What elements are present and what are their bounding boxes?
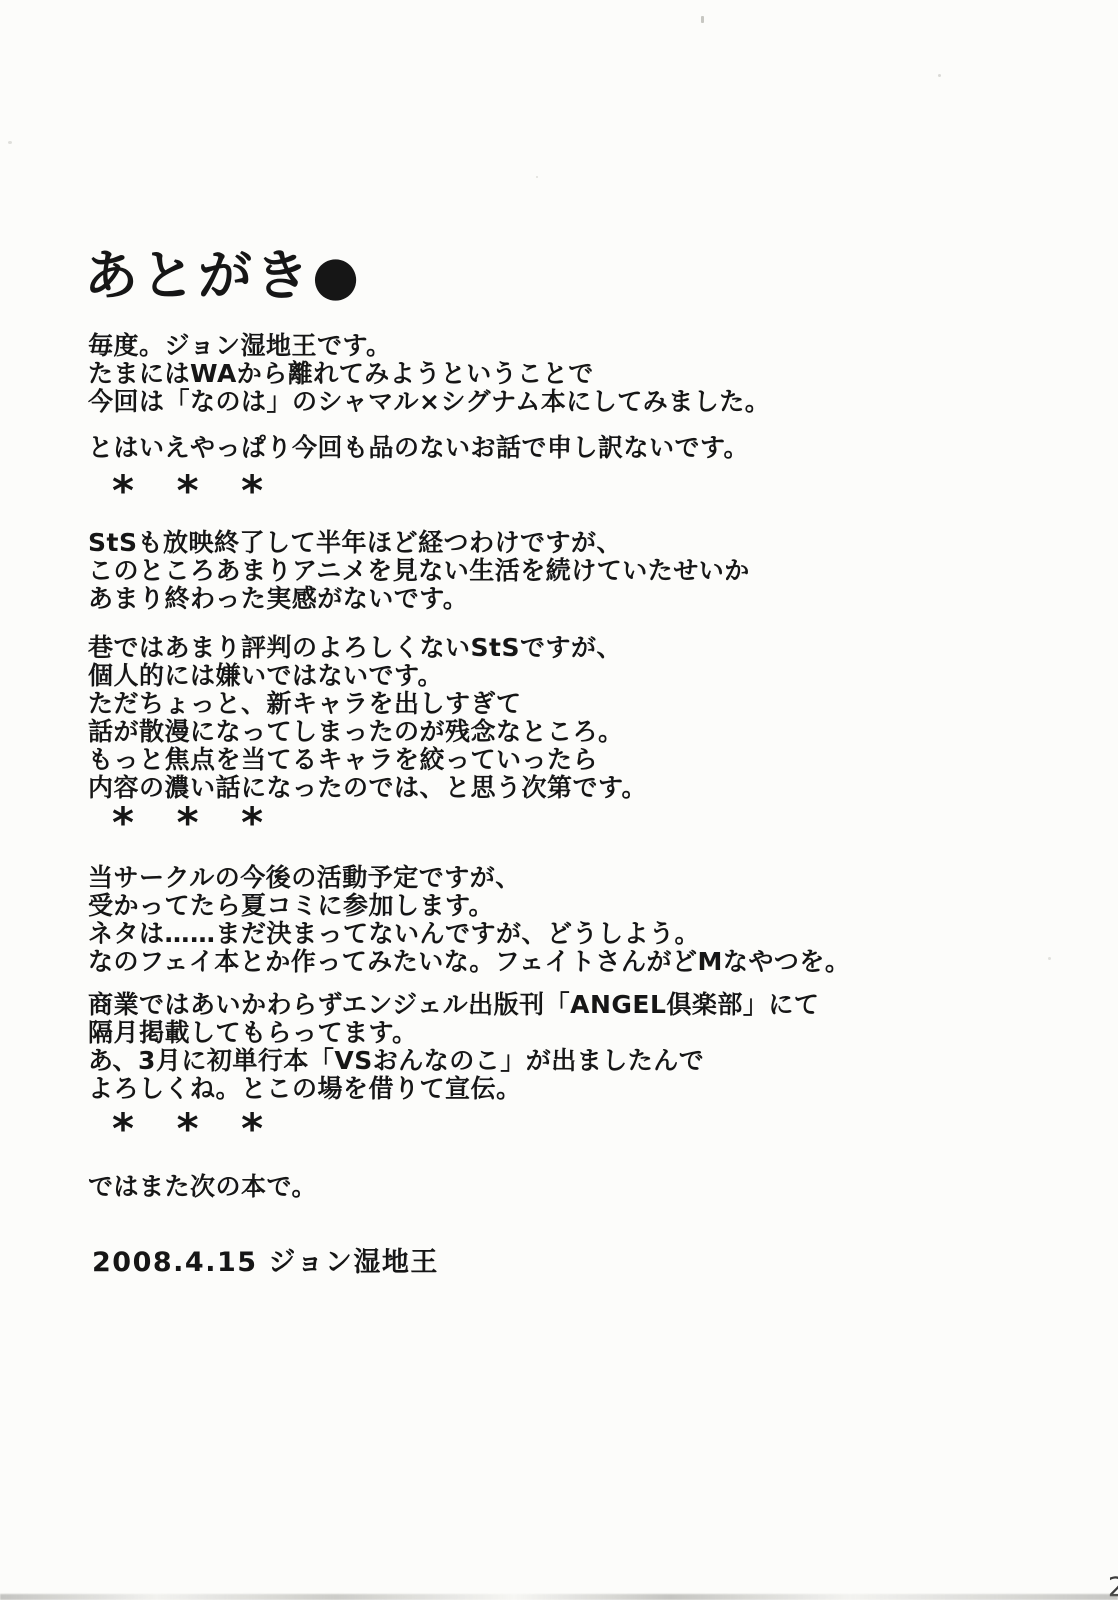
text-line: 隔月掲載してもらってます。 (88, 1019, 819, 1047)
text-line: このところあまりアニメを見ない生活を続けていたせいか (88, 557, 750, 585)
paragraph-intro: 毎度。ジョン湿地王です。 たまにはWAから離れてみようということで 今回は「なの… (88, 332, 770, 416)
paragraph-future-plans: 当サークルの今後の活動予定ですが、 受かってたら夏コミに参加します。 ネタは……… (88, 864, 850, 976)
page-title: あとがき● (84, 246, 362, 305)
text-line: もっと焦点を当てるキャラを絞っていったら (88, 746, 647, 774)
afterword-page: あとがき● 毎度。ジョン湿地王です。 たまにはWAから離れてみようということで … (0, 0, 1118, 1600)
closing-line: ではまた次の本で。 (88, 1172, 317, 1202)
paragraph-sts-opinion: 巷ではあまり評判のよろしくないStSですが、 個人的には嫌いではないです。 ただ… (88, 634, 647, 802)
scan-speck (938, 74, 941, 77)
text-line: 当サークルの今後の活動予定ですが、 (88, 864, 850, 892)
paragraph-commercial-work: 商業ではあいかわらずエンジェル出版刊「ANGEL倶楽部」にて 隔月掲載してもらっ… (88, 991, 819, 1103)
text-line: なのフェイ本とか作ってみたいな。フェイトさんがどMなやつを。 (88, 948, 850, 976)
text-line: 今回は「なのは」のシャマル×シグナム本にしてみました。 (88, 388, 770, 416)
scan-speck (701, 16, 704, 23)
text-line: 毎度。ジョン湿地王です。 (88, 332, 770, 360)
scan-speck (1048, 957, 1051, 960)
text-line: ただちょっと、新キャラを出しすぎて (88, 690, 647, 718)
bottom-scan-band (0, 1594, 1118, 1600)
signature-line: 2008.4.15 ジョン湿地王 (92, 1240, 439, 1279)
section-separator: * * * (112, 806, 277, 840)
text-line: StSも放映終了して半年ほど経つわけですが、 (88, 529, 750, 557)
paragraph-apology: とはいえやっぱり今回も品のないお話で申し訳ないです。 (88, 434, 749, 462)
text-line: ネタは……まだ決まってないんですが、どうしよう。 (88, 920, 850, 948)
text-line: たまにはWAから離れてみようということで (88, 360, 770, 388)
text-line: 受かってたら夏コミに参加します。 (88, 892, 850, 920)
text-line: 個人的には嫌いではないです。 (88, 662, 647, 690)
scan-speck (8, 141, 12, 144)
text-line: 話が散漫になってしまったのが残念なところ。 (88, 718, 647, 746)
text-line: 商業ではあいかわらずエンジェル出版刊「ANGEL倶楽部」にて (88, 991, 819, 1019)
text-line: とはいえやっぱり今回も品のないお話で申し訳ないです。 (88, 434, 749, 462)
text-line: あまり終わった実感がないです。 (88, 585, 750, 613)
text-line: 巷ではあまり評判のよろしくないStSですが、 (88, 634, 647, 662)
text-line: あ、3月に初単行本「VSおんなのこ」が出ましたんで (88, 1047, 819, 1075)
text-line: よろしくね。とこの場を借りて宣伝。 (88, 1075, 819, 1103)
paragraph-sts-ended: StSも放映終了して半年ほど経つわけですが、 このところあまりアニメを見ない生活… (88, 529, 750, 613)
section-separator: * * * (112, 1112, 277, 1146)
section-separator: * * * (112, 474, 277, 508)
scan-speck (536, 176, 538, 178)
